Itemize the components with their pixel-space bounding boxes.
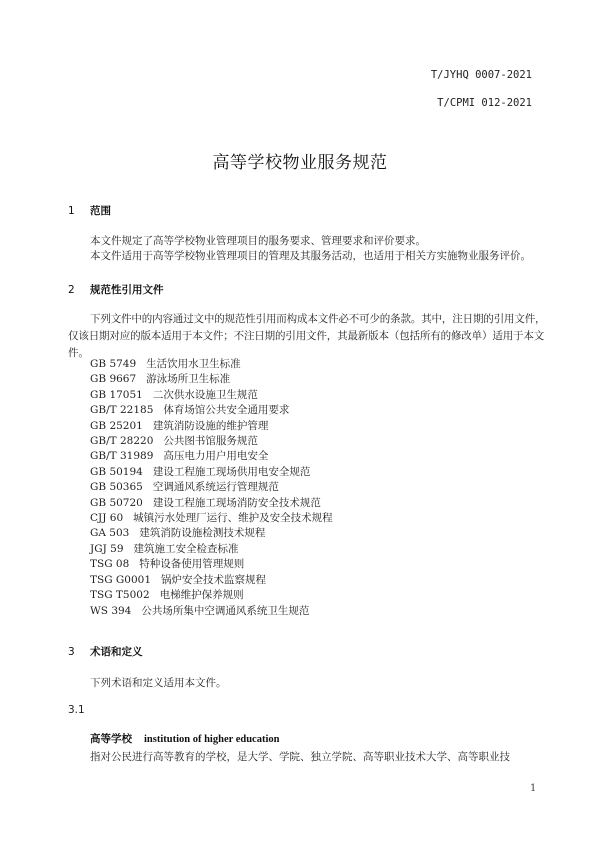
- reference-title: 体育场馆公共安全通用要求: [163, 404, 289, 416]
- reference-item: WS 394公共场所集中空调通风系统卫生规范: [90, 604, 333, 619]
- reference-code: GB 5749: [90, 357, 136, 372]
- reference-title: 锅炉安全技术监察规程: [161, 574, 266, 586]
- reference-code: GB 17051: [90, 388, 143, 403]
- standard-code-2: T/CPMI 012-2021: [437, 97, 532, 109]
- section-title: 术语和定义: [90, 646, 143, 658]
- section-2-heading: 2规范性引用文件: [68, 282, 164, 297]
- reference-title: 建筑消防设施的维护管理: [153, 420, 269, 432]
- paragraph: 下列文件中的内容通过文中的规范性引用而构成本文件必不可少的条款。其中，注日期的引…: [68, 311, 546, 362]
- document-title: 高等学校物业服务规范: [0, 148, 600, 173]
- section-number: 3: [68, 646, 90, 658]
- reference-title: 高压电力用户用电安全: [163, 450, 268, 462]
- reference-item: JGJ 59建筑施工安全检查标准: [90, 542, 333, 557]
- reference-title: 空调通风系统运行管理规范: [153, 481, 279, 493]
- reference-item: GB 25201建筑消防设施的维护管理: [90, 419, 333, 434]
- reference-code: CJJ 60: [90, 511, 123, 526]
- section-1-heading: 1范围: [68, 203, 111, 218]
- reference-item: GA 503建筑消防设施检测技术规程: [90, 526, 333, 541]
- reference-code: GB 50365: [90, 480, 143, 495]
- reference-title: 建设工程施工现场供用电安全规范: [153, 466, 311, 478]
- reference-code: TSG 08: [90, 557, 129, 572]
- term-heading: 高等学校institution of higher education: [90, 731, 279, 746]
- reference-code: WS 394: [90, 604, 131, 619]
- page-number: 1: [530, 783, 536, 794]
- section-title: 规范性引用文件: [90, 284, 164, 296]
- reference-title: 二次供水设施卫生规范: [153, 389, 258, 401]
- standard-code-1: T/JYHQ 0007-2021: [431, 69, 532, 81]
- term-number: 3.1: [68, 704, 85, 716]
- reference-item: GB/T 22185体育场馆公共安全通用要求: [90, 403, 333, 418]
- reference-code: JGJ 59: [90, 542, 124, 557]
- reference-title: 建筑消防设施检测技术规程: [139, 527, 265, 539]
- reference-code: GB 9667: [90, 372, 136, 387]
- reference-title: 建设工程施工现场消防安全技术规范: [153, 497, 321, 509]
- reference-item: GB 50194建设工程施工现场供用电安全规范: [90, 465, 333, 480]
- section-number: 1: [68, 205, 90, 217]
- reference-title: 游泳场所卫生标准: [146, 373, 230, 385]
- reference-item: GB/T 31989高压电力用户用电安全: [90, 449, 333, 464]
- reference-item: GB 50720建设工程施工现场消防安全技术规范: [90, 496, 333, 511]
- reference-item: GB 9667游泳场所卫生标准: [90, 372, 333, 387]
- section-title: 范围: [90, 205, 111, 217]
- reference-list: GB 5749生活饮用水卫生标准 GB 9667游泳场所卫生标准 GB 1705…: [90, 357, 333, 619]
- reference-item: TSG T5002电梯维护保养规则: [90, 588, 333, 603]
- section-number: 2: [68, 284, 90, 296]
- term-zh: 高等学校: [90, 733, 132, 745]
- reference-title: 生活饮用水卫生标准: [146, 358, 241, 370]
- reference-item: TSG G0001锅炉安全技术监察规程: [90, 573, 333, 588]
- reference-code: GB/T 22185: [90, 403, 153, 418]
- reference-code: GB 50194: [90, 465, 143, 480]
- reference-title: 特种设备使用管理规则: [139, 558, 244, 570]
- reference-title: 城镇污水处理厂运行、维护及安全技术规程: [133, 512, 333, 524]
- reference-code: GB 25201: [90, 419, 143, 434]
- reference-code: GB 50720: [90, 496, 143, 511]
- reference-title: 建筑施工安全检查标准: [134, 543, 239, 555]
- reference-title: 公共图书馆服务规范: [163, 435, 258, 447]
- reference-item: CJJ 60城镇污水处理厂运行、维护及安全技术规程: [90, 511, 333, 526]
- section-3-heading: 3术语和定义: [68, 644, 143, 659]
- term-en: institution of higher education: [144, 734, 279, 745]
- reference-item: GB 5749生活饮用水卫生标准: [90, 357, 333, 372]
- reference-code: TSG G0001: [90, 573, 151, 588]
- reference-item: GB/T 28220公共图书馆服务规范: [90, 434, 333, 449]
- reference-code: GA 503: [90, 526, 129, 541]
- reference-title: 电梯维护保养规则: [160, 589, 244, 601]
- reference-code: GB/T 31989: [90, 449, 153, 464]
- reference-item: GB 50365空调通风系统运行管理规范: [90, 480, 333, 495]
- reference-title: 公共场所集中空调通风系统卫生规范: [141, 605, 309, 617]
- reference-code: TSG T5002: [90, 588, 150, 603]
- paragraph: 下列术语和定义适用本文件。: [90, 675, 227, 692]
- paragraph: 本文件适用于高等学校物业管理项目的管理及其服务活动，也适用于相关方实施物业服务评…: [90, 248, 531, 265]
- term-definition: 指对公民进行高等教育的学校，是大学、学院、独立学院、高等职业技术大学、高等职业技: [90, 749, 510, 766]
- reference-code: GB/T 28220: [90, 434, 153, 449]
- reference-item: GB 17051二次供水设施卫生规范: [90, 388, 333, 403]
- reference-item: TSG 08特种设备使用管理规则: [90, 557, 333, 572]
